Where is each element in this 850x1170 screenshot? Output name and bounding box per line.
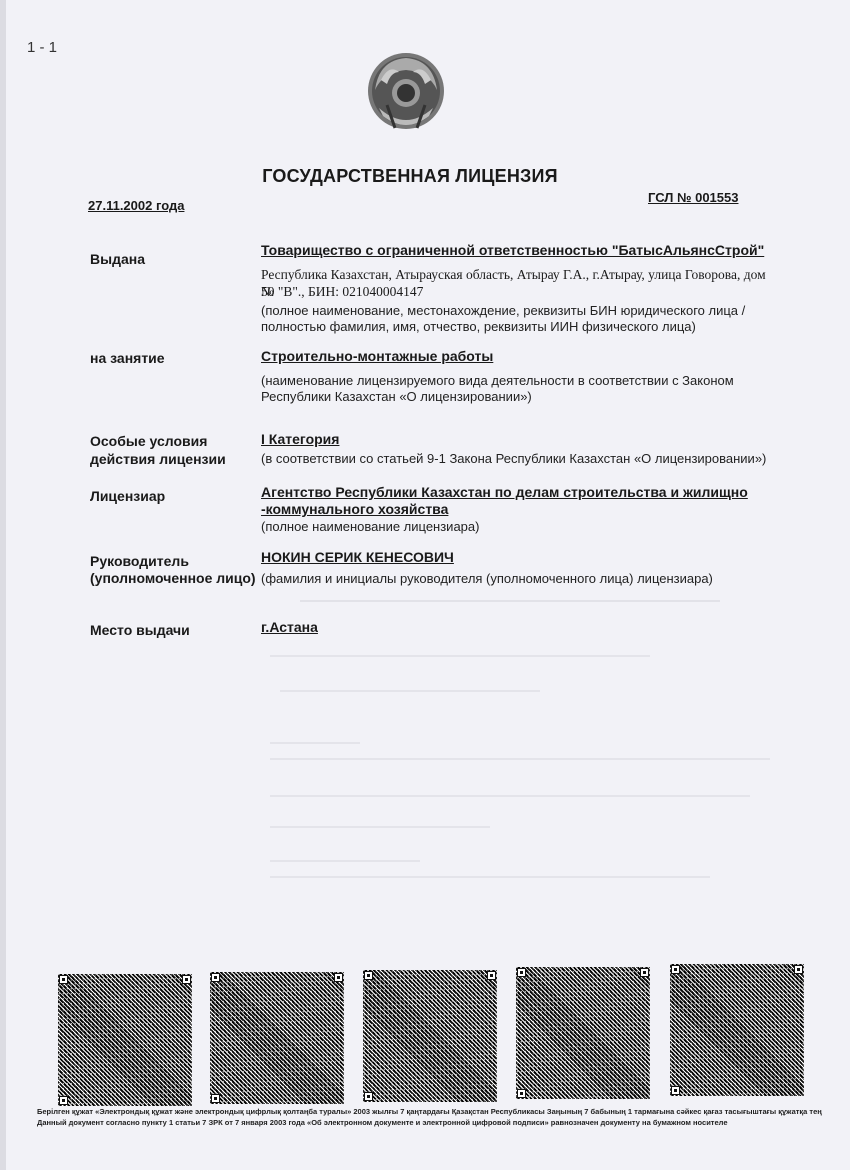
issue-date: 27.11.2002 года [88, 198, 184, 213]
licensor-label: Лицензиар [90, 487, 165, 505]
state-emblem-icon [365, 50, 447, 132]
license-number: ГСЛ № 001553 [648, 190, 738, 205]
special-conditions-label-1: Особые условия [90, 432, 207, 450]
2d-barcode-icon [58, 974, 192, 1106]
place-label: Место выдачи [90, 621, 190, 639]
barcode-strip [0, 962, 850, 1112]
2d-barcode-icon [670, 964, 804, 1096]
issued-to-value: Товарищество с ограниченной ответственно… [261, 242, 764, 259]
2d-barcode-icon [516, 967, 650, 1099]
activity-note-1: (наименование лицензируемого вида деятел… [261, 372, 734, 389]
issued-to-note-1: (полное наименование, местонахождение, р… [261, 302, 745, 319]
special-conditions-label-2: действия лицензии [90, 450, 226, 468]
2d-barcode-icon [363, 970, 497, 1102]
special-conditions-value: I Категория [261, 431, 339, 448]
head-value: НОКИН СЕРИК КЕНЕСОВИЧ [261, 549, 454, 566]
issued-to-label: Выдана [90, 250, 145, 268]
issued-to-note-2: полностью фамилия, имя, отчество, реквиз… [261, 318, 696, 335]
footer-line-russian: Данный документ согласно пункту 1 статьи… [37, 1117, 822, 1128]
legal-footer: Берілген құжат «Электрондық құжат және э… [37, 1106, 822, 1128]
special-conditions-note: (в соответствии со статьей 9-1 Закона Ре… [261, 450, 766, 467]
head-label-1: Руководитель [90, 552, 189, 570]
place-value: г.Астана [261, 619, 318, 636]
activity-note-2: Республики Казахстан «О лицензировании») [261, 388, 532, 405]
head-note: (фамилия и инициалы руководителя (уполно… [261, 570, 713, 587]
footer-line-kazakh: Берілген құжат «Электрондық құжат және э… [37, 1106, 822, 1117]
activity-label: на занятие [90, 349, 165, 367]
page-number: 1 - 1 [27, 39, 57, 56]
licensor-value-2: -коммунального хозяйства [261, 501, 448, 518]
activity-value: Строительно-монтажные работы [261, 348, 493, 365]
2d-barcode-icon [210, 972, 344, 1104]
licensor-note: (полное наименование лицензиара) [261, 518, 479, 535]
address-line-2: 50 "В"., БИН: 021040004147 [261, 283, 781, 300]
head-label-2: (уполномоченное лицо) [90, 569, 256, 587]
licensor-value-1: Агентство Республики Казахстан по делам … [261, 484, 748, 501]
document-title: ГОСУДАРСТВЕННАЯ ЛИЦЕНЗИЯ [0, 166, 820, 187]
